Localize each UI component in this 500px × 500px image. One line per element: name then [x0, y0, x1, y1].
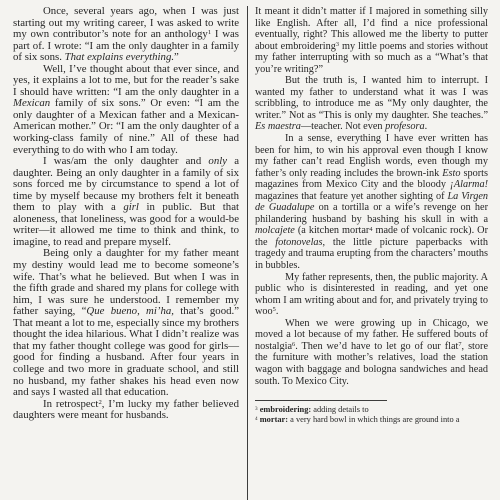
body-text: I was/am the only daughter and — [43, 155, 208, 167]
body-text: But the truth is, I wanted him to interr… — [255, 75, 488, 121]
italic-text: Esto — [442, 168, 460, 179]
body-text: (a kitchen mortar — [295, 225, 369, 236]
footnote-term: embroidering: — [260, 405, 312, 414]
paragraph: I was/am the only daughter and only a da… — [13, 156, 239, 248]
footnote-ref: 6 — [292, 341, 295, 348]
footnote-ref: 3 — [255, 406, 258, 412]
footnote-ref: 3 — [336, 41, 339, 48]
paragraph: It meant it didn’t matter if I majored i… — [255, 6, 488, 75]
italic-text: Mexican — [13, 97, 50, 109]
footnote-divider — [255, 400, 387, 401]
footnote-term: mortar: — [260, 415, 288, 424]
italic-text: Que bueno, mi’ha, — [86, 305, 174, 317]
body-text: magazines that feature yet another sight… — [255, 191, 447, 202]
body-text: that’s good.” That meant a lot to me, es… — [13, 305, 239, 398]
paragraph: In a sense, everything I have ever writt… — [255, 133, 488, 272]
body-text: In retrospect — [43, 398, 98, 410]
body-text: ” — [174, 51, 179, 63]
body-text: a very hard bowl in which things are gro… — [288, 415, 459, 424]
italic-text: only — [208, 155, 227, 167]
paragraph: In retrospect2, I’m lucky my father beli… — [13, 399, 239, 422]
text-column-right: It meant it didn’t matter if I majored i… — [255, 6, 488, 500]
document-page: Once, several years ago, when I was just… — [0, 0, 500, 500]
text-column-left: Once, several years ago, when I was just… — [13, 6, 239, 500]
paragraph: Well, I’ve thought about that ever since… — [13, 64, 239, 156]
paragraph: My father represents, then, the public m… — [255, 272, 488, 318]
footnote-ref: 4 — [369, 226, 372, 233]
italic-text: profesora — [385, 121, 424, 132]
paragraph: When we were growing up in Chicago, we m… — [255, 318, 488, 387]
footnote-ref: 7 — [458, 341, 461, 348]
footnote-ref: 2 — [98, 399, 101, 406]
body-text: My father represents, then, the public m… — [255, 272, 488, 318]
footnotes-section: 3 embroidering: adding details to4 morta… — [255, 400, 488, 425]
italic-text: Es maestra — [255, 121, 301, 132]
italic-text: ¡Alarma! — [450, 179, 488, 190]
italic-text: girl — [123, 201, 139, 213]
body-text: . Then we’d have to let go of our flat — [295, 341, 458, 352]
body-text: Once, several years ago, when I was just… — [13, 5, 239, 40]
footnote-ref: 5 — [273, 306, 276, 313]
italic-text: fotonovelas — [275, 237, 322, 248]
footnote: 4 mortar: a very hard bowl in which thin… — [255, 415, 488, 425]
paragraph: Being only a daughter for my father mean… — [13, 248, 239, 398]
column-divider — [247, 6, 248, 500]
italic-text: That explains everything. — [65, 51, 174, 63]
italic-text: molcajete — [255, 225, 295, 236]
footnote-ref: 1 — [208, 29, 211, 36]
body-text: adding details to — [311, 405, 368, 414]
body-text: —teacher. Not even — [301, 121, 385, 132]
footnote-ref: 4 — [255, 416, 258, 422]
paragraph: Once, several years ago, when I was just… — [13, 6, 239, 64]
body-text: . — [425, 121, 428, 132]
footnote: 3 embroidering: adding details to — [255, 405, 488, 415]
body-text: . — [276, 306, 279, 317]
body-text: Well, I’ve thought about that ever since… — [13, 63, 239, 98]
paragraph: But the truth is, I wanted him to interr… — [255, 75, 488, 133]
